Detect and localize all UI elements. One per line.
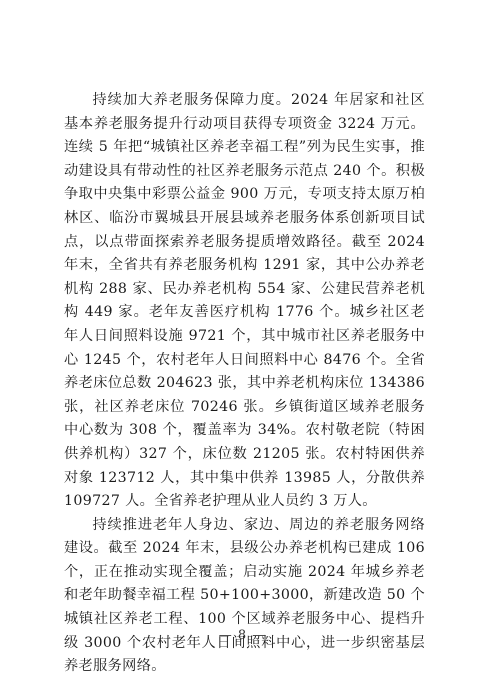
paragraph-elderly-service-network: 持续推进老年人身边、家边、周边的养老服务网络建设。截至 2024 年末，县级公办… <box>64 514 425 679</box>
document-body: 持续加大养老服务保障力度。2024 年居家和社区基本养老服务提升行动项目获得专项… <box>64 89 425 679</box>
paragraph-elderly-service-funding: 持续加大养老服务保障力度。2024 年居家和社区基本养老服务提升行动项目获得专项… <box>64 89 425 514</box>
page-number: — 8 — <box>0 628 485 643</box>
document-page: 持续加大养老服务保障力度。2024 年居家和社区基本养老服务提升行动项目获得专项… <box>0 0 485 686</box>
